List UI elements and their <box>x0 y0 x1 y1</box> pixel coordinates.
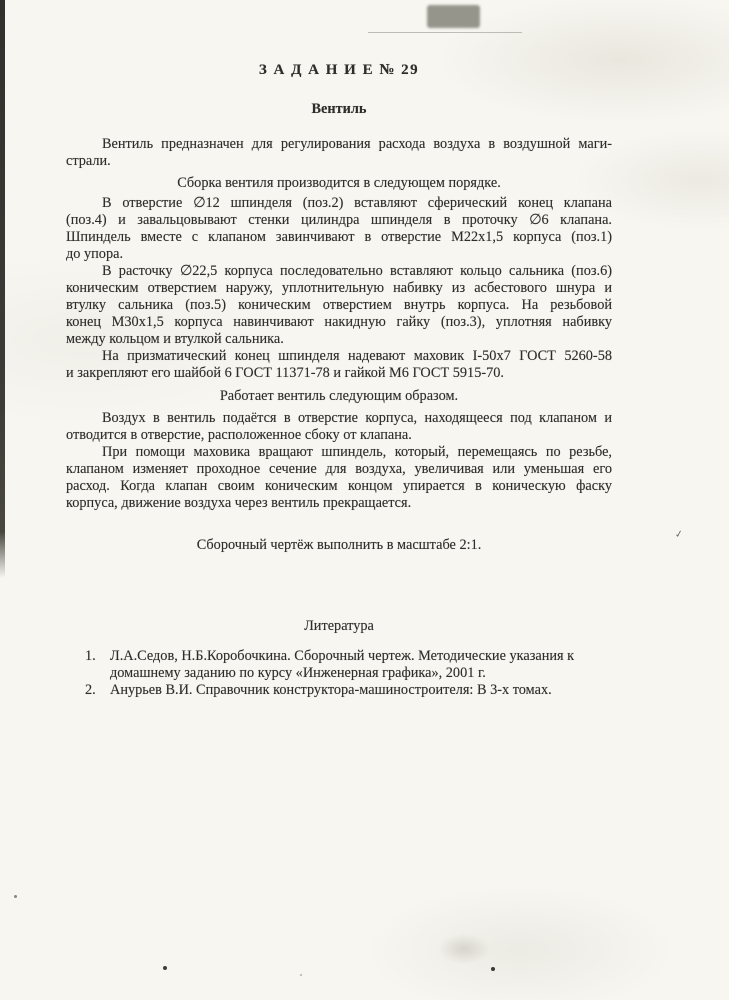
paragraph-handwheel: При помощи маховика вращают шпиндель, ко… <box>66 444 612 512</box>
caption-line: Сборочный чертёж выполнить в масштабе 2:… <box>66 537 612 554</box>
paragraph-line: отводится в отверстие, расположенное сбо… <box>66 427 612 444</box>
paragraph-line: до упора. <box>66 246 612 263</box>
paragraph-line: втулку сальника (поз.5) коническим отвер… <box>66 297 612 314</box>
list-item-line: Анурьев В.И. Справочник конструктора-маш… <box>110 682 612 699</box>
scan-smudge <box>438 934 490 964</box>
paragraph-line: В отверстие ∅12 шпинделя (поз.2) вставля… <box>66 195 612 212</box>
paragraph-step1: В отверстие ∅12 шпинделя (поз.2) вставля… <box>66 195 612 263</box>
literature-heading: Литература <box>66 618 612 635</box>
list-item-line: Л.А.Седов, Н.Б.Коробочкина. Сборочный че… <box>110 648 612 665</box>
pen-tick-mark: ✓ <box>674 529 688 543</box>
paragraph-air: Воздух в вентиль подаётся в отверстие ко… <box>66 410 612 444</box>
caption-line: Сборка вентиля производится в следующем … <box>66 175 612 192</box>
scanned-page: ✓ З А Д А Н И Е № 29 Вентиль Вентиль пре… <box>0 0 729 1000</box>
assembly-caption: Сборка вентиля производится в следующем … <box>66 175 612 192</box>
list-number: 2. <box>85 682 110 699</box>
literature-list: 1. Л.А.Седов, Н.Б.Коробочкина. Сборочный… <box>66 648 612 699</box>
document-subject: Вентиль <box>66 101 612 118</box>
paragraph-line: Шпиндель вместе с клапаном завинчивают в… <box>66 229 612 246</box>
list-item-line: домашнему заданию по курсу «Инженерная г… <box>110 665 612 682</box>
paragraph-line: страли. <box>66 153 612 170</box>
paragraph-intro: Вентиль предназначен для регулирования р… <box>66 136 612 170</box>
paragraph-line: (поз.4) и завальцовывают стенки цилиндра… <box>66 212 612 229</box>
ink-speck <box>14 895 17 898</box>
paragraph-line: расход. Когда клапан своим коническим ко… <box>66 478 612 495</box>
paragraph-line: коническим отверстием наружу, уплотнител… <box>66 280 612 297</box>
paragraph-step3: На призматический конец шпинделя надеваю… <box>66 348 612 382</box>
scan-hairline <box>368 32 522 33</box>
operation-caption: Работает вентиль следующим образом. <box>66 388 612 405</box>
scale-caption: Сборочный чертёж выполнить в масштабе 2:… <box>66 537 612 554</box>
paragraph-line: При помощи маховика вращают шпиндель, ко… <box>66 444 612 461</box>
subject-heading: Вентиль <box>66 101 612 118</box>
ink-speck <box>491 967 495 971</box>
paragraph-line: корпуса, движение воздуха через вентиль … <box>66 495 612 512</box>
scan-edge-strip <box>0 0 5 578</box>
literature-item: 1. Л.А.Седов, Н.Б.Коробочкина. Сборочный… <box>66 648 612 682</box>
ink-speck <box>163 966 167 970</box>
paragraph-line: клапаном изменяет проходное сечение для … <box>66 461 612 478</box>
paragraph-line: и закрепляют его шайбой 6 ГОСТ 11371-78 … <box>66 365 612 382</box>
scan-blob <box>427 5 480 28</box>
heading-line: Литература <box>66 618 612 635</box>
paragraph-line: Вентиль предназначен для регулирования р… <box>66 136 612 153</box>
literature-item: 2. Анурьев В.И. Справочник конструктора-… <box>66 682 612 699</box>
paragraph-line: На призматический конец шпинделя надеваю… <box>66 348 612 365</box>
ink-speck <box>300 974 302 976</box>
assignment-title: З А Д А Н И Е № 29 <box>66 62 612 79</box>
paragraph-line: Воздух в вентиль подаётся в отверстие ко… <box>66 410 612 427</box>
list-number: 1. <box>85 648 110 682</box>
caption-line: Работает вентиль следующим образом. <box>66 388 612 405</box>
paragraph-line: В расточку ∅22,5 корпуса последовательно… <box>66 263 612 280</box>
paragraph-line: между кольцом и втулкой сальника. <box>66 331 612 348</box>
paragraph-step2: В расточку ∅22,5 корпуса последовательно… <box>66 263 612 348</box>
paragraph-line: конец М30х1,5 корпуса навинчивают накидн… <box>66 314 612 331</box>
